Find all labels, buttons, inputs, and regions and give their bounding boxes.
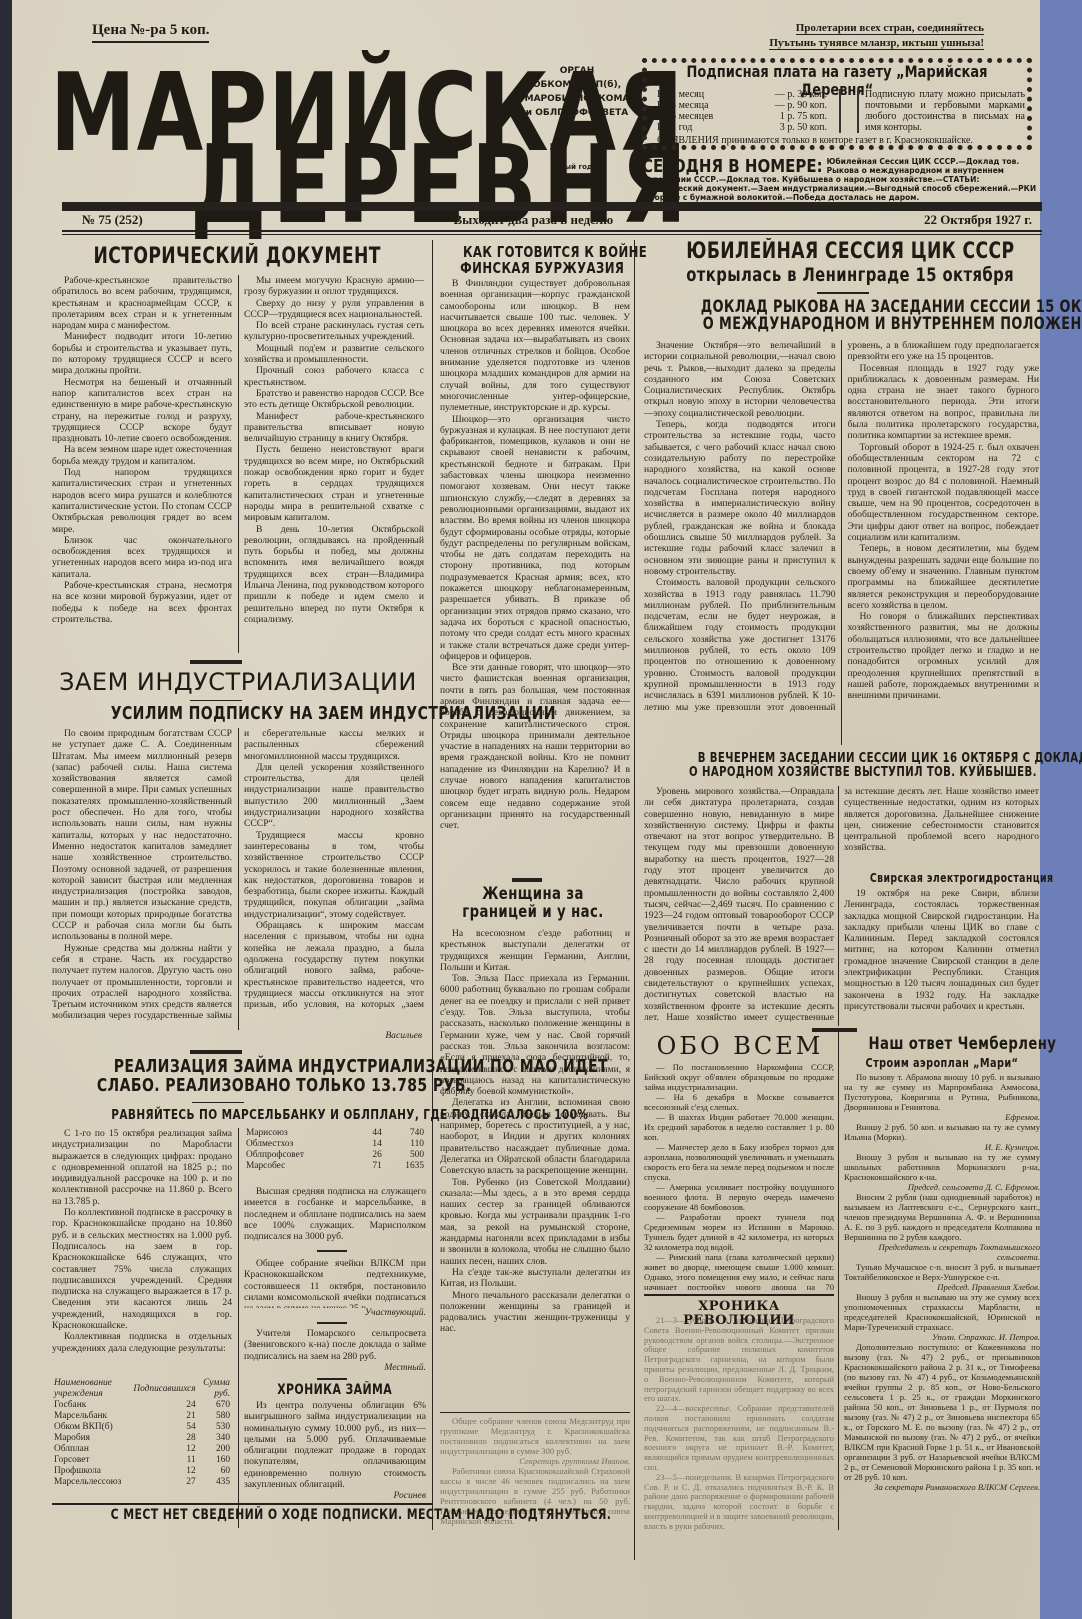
publisher-organ: ОРГАН ОБКОМА ВКП(б), МАРОБИСПОЛКОМА и ОБ… (524, 64, 630, 120)
paragraph: По вызову т. Абрамова вношу 10 руб. и вы… (844, 1072, 1040, 1112)
table-row: Марисоюз44740 (244, 1128, 426, 1139)
paragraph: Трудящиеся массы кровно заинтересованы в… (244, 830, 424, 920)
divider (192, 1102, 244, 1103)
loan-table-continued: Марисоюз44740Облместхоз14110Облпрофсовет… (244, 1128, 426, 1186)
rate-row: На 6 месяцев1 р. 75 коп. (657, 111, 827, 122)
paragraph: Вношу 2 руб. 50 коп. и вызываю на ту же … (844, 1122, 1040, 1142)
paragraph: — По постановлению Наркомфина СССР, Бийс… (644, 1062, 834, 1092)
revolution-chronicle-body: 21—3—суббота. В заседании Петроградского… (644, 1316, 834, 1536)
paragraph: Но говоря о ближайших перспективах хозяй… (848, 611, 1040, 701)
women-notes: Общее собрание членов союза Медсантруд п… (440, 1416, 630, 1536)
women-body: На всесоюзном с'езде работниц и крестьян… (440, 928, 630, 1413)
subscription-note: Подписную плату можно присылать почтовым… (865, 89, 1025, 133)
paragraph: На с'езде так-же выступали делегатки из … (440, 1267, 630, 1290)
dateline: № 75 (252) Выходит два раза в неделю 22 … (82, 212, 1032, 228)
today-in-issue: СЕГОДНЯ В НОМЕРЕ: Юбилейная Сессия ЦИК С… (642, 157, 1042, 202)
paragraph: Сверху до низу у руля управления в СССР—… (244, 298, 424, 321)
paragraph: — Манчестер дело в Бакy изобрел тормоз д… (644, 1142, 834, 1182)
table-row: Профшкола1260 (52, 1466, 232, 1477)
issue-date: 22 Октября 1927 г. (924, 212, 1032, 228)
realization-subtitle: РАВНЯЙТЕСЬ ПО МАРСЕЛЬБАНКУ И ОБЛПЛАНУ, Г… (44, 1108, 434, 1122)
paragraph: По всей стране раскинулась густая сеть к… (244, 320, 424, 343)
paragraph: С 1-го по 15 октября реализация займа ин… (52, 1128, 232, 1207)
column-rule (238, 1128, 239, 1528)
dateline-rule-2 (62, 234, 1042, 235)
article-historic-body: Рабоче-крестьянское правительство обрати… (52, 275, 424, 653)
paragraph: Председ. сельсовета Д. С. Ефремов. (844, 1182, 1040, 1192)
paragraph: Председ. Правления Хлебов. (844, 1282, 1040, 1292)
rykov-report-title: ДОКЛАД РЫКОВА НА ЗАСЕДАНИИ СЕССИИ 15 ОКТ… (640, 298, 1040, 333)
paragraph: Туньяо Мучашское с-п. вносит 3 руб. и вы… (844, 1262, 1040, 1282)
paragraph: — Америка усиливает постройку воздушного… (644, 1182, 834, 1212)
ads-note: ОБ'ЯВЛЕНИЯ принимаются только в конторе … (657, 135, 973, 146)
paragraph: — В шахтах Индии работает 70.000 женщин.… (644, 1112, 834, 1142)
loan-chronicle-signature: Росинев (244, 1490, 426, 1501)
table-row: Горсовет11160 (52, 1455, 232, 1466)
kuibyshev-body-2: за истекшие десять лет. Наше хозяйство и… (844, 786, 1039, 876)
loan-chronicle-title: ХРОНИКА ЗАЙМА (244, 1383, 426, 1398)
paragraph: За секретаря Романовского ВЛКСМ Сергеев. (844, 1482, 1040, 1492)
paragraph: Шюцкор—это организация чисто буржуазная … (440, 414, 630, 663)
paragraph: И. Е. Кузнецов. (844, 1142, 1040, 1152)
paragraph: Председатель и секретарь Токтамышского с… (844, 1242, 1040, 1262)
loan-body: По своим природным богатствам СССР не ус… (52, 728, 424, 1030)
table-row: Облплан12200 (52, 1444, 232, 1455)
divider (317, 1378, 347, 1380)
divider (512, 878, 542, 882)
paragraph: Несмотря на бешеный и отчаянный напор ка… (52, 377, 232, 445)
finland-title: КАК ГОТОВИТСЯ К ВОЙНЕ ФИНСКАЯ БУРЖУАЗИЯ (437, 245, 629, 277)
paragraph: 22—4—воскресенье. Собрание представителе… (644, 1404, 834, 1473)
paragraph: Высшая средняя подписка на служащего име… (244, 1186, 426, 1242)
paragraph: за истекшие десять лет. Наше хозяйство и… (844, 786, 1039, 854)
dateline-rule (62, 230, 1042, 232)
paragraph: Посевная площадь в 1927 году уже приближ… (848, 363, 1040, 442)
realization-body: С 1-го по 15 октября реализация займа ин… (52, 1128, 232, 1378)
session-title: ЮБИЛЕЙНАЯ СЕССИЯ ЦИК СССР (640, 240, 1040, 263)
paragraph: Работники союза Краснококшайской Страхов… (440, 1466, 630, 1526)
realization-title: РЕАЛИЗАЦИЯ ЗАЙМА ИНДУСТРИАЛИЗАЦИИ ПО МАО… (44, 1058, 434, 1096)
table-header: Наименование учрежденияПодписавшихсяСумм… (52, 1378, 232, 1400)
article-title-historic: ИСТОРИЧЕСКИЙ ДОКУМЕНТ (52, 245, 422, 268)
paragraph: Общее собрание членов союза Медсантруд п… (440, 1416, 630, 1456)
column-rule (634, 240, 635, 1560)
about-all-title: ОБО ВСЕМ (640, 1034, 840, 1059)
paragraph: 21—3—суббота. В заседании Петроградского… (644, 1316, 834, 1404)
session-subtitle: открылась в Ленинграде 15 октября (640, 266, 1040, 286)
table-row: Марсельбанк21580 (52, 1411, 232, 1422)
paragraph: Секретарь группкома Иванов. (440, 1456, 630, 1466)
slogan-russian: Пролетарии всех стран, соединяйтесь (796, 22, 984, 35)
paragraph: На всем земном шаре идет ожесточенная бо… (52, 444, 232, 467)
paragraph: 23—5—понедельник. В казармах Петроградск… (644, 1473, 834, 1532)
divider (644, 1294, 834, 1296)
paragraph: Дополнительно поступило: от Кожевникова … (844, 1342, 1040, 1482)
paragraph: Рабоче-крестьянское правительство обрати… (52, 275, 232, 331)
kuibyshev-title: В ВЕЧЕРНЕМ ЗАСЕДАНИИ СЕССИИ ЦИК 16 ОКТЯБ… (640, 752, 1040, 779)
divider (317, 1250, 347, 1252)
paragraph: Теперь, в новом десятилетии, мы будем вы… (848, 543, 1040, 611)
paragraph: Тов. Рубенко (из Советской Молдавии) ска… (440, 1177, 630, 1267)
paragraph: Теперь, когда подводятся итоги строитель… (644, 419, 836, 577)
paragraph: — Разработан проект туннеля под Средизем… (644, 1212, 834, 1252)
paragraph: Делегатка из Англии, вспоминая свою роди… (440, 1097, 630, 1176)
paragraph: Мы имеем могучую Красную армию—грозу бур… (244, 275, 424, 298)
table-row: Облпрофсовет26500 (244, 1150, 426, 1161)
chamberlain-subtitle: Строим аэроплан „Мари“ (842, 1056, 1042, 1069)
loan-chronicle-body: Из центра получены облигации 6% выигрышн… (244, 1400, 426, 1500)
divider (440, 1412, 630, 1413)
paragraph: — Римский папа (глава католической церкв… (644, 1252, 834, 1290)
divider (190, 700, 242, 701)
svir-title: Свирская электрогидростанция (844, 872, 1039, 885)
rate-row: На 1 месяц— р. 30 коп. (657, 89, 827, 100)
paragraph: Ефремов. (844, 1112, 1040, 1122)
paragraph: Рабоче-крестьянская страна, несмотря на … (52, 580, 232, 625)
table-row: Марсельлессоюз27435 (52, 1477, 232, 1488)
chamberlain-title: Наш ответ Чемберлену (842, 1036, 1042, 1054)
paragraph: Уровень мирового хозяйства.—Оправдала ли… (644, 786, 834, 1024)
publication-year: пятый год издания. (532, 162, 612, 184)
note-teachers-signature: Местный. (244, 1362, 426, 1373)
loan-signature: Васильев (332, 1030, 422, 1041)
paragraph: Вношу 3 рубля и вызываю на эту же сумму … (844, 1292, 1040, 1332)
realization-body-2: Высшая средняя подписка на служащего име… (244, 1186, 426, 1242)
paragraph: Вношу 3 рубля и вызываю на ту же сумму ш… (844, 1152, 1040, 1182)
paragraph: Торговый оборот в 1924-25 г. был охвачен… (848, 442, 1040, 544)
paragraph: Уполн. Страхкас. И. Петров. (844, 1332, 1040, 1342)
masthead-rule (62, 202, 1042, 211)
paragraph: В день 10-летия Октябрьской революции, о… (244, 524, 424, 626)
paragraph: Вносим 2 рубля (наш однодневный заработо… (844, 1192, 1040, 1242)
paragraph: Братство и равенство народов СССР. Все э… (244, 388, 424, 411)
table-row: Облместхоз14110 (244, 1139, 426, 1150)
subscription-box: Подписная плата на газету „Марийская Дер… (642, 58, 1032, 150)
paragraph: Манифест подводит итоги 10-летию борьбы … (52, 331, 232, 376)
women-title: Женщина за границей и у нас. (437, 886, 629, 922)
paragraph: Для целей ускорения хозяйственного строи… (244, 762, 424, 830)
paragraph: Коллективная подписка в отдельных учрежд… (52, 1331, 232, 1354)
table-row: Обком ВКП(б)54530 (52, 1422, 232, 1433)
chamberlain-body: По вызову т. Абрамова вношу 10 руб. и вы… (844, 1072, 1040, 1542)
paragraph: — На 6 декабря в Москве созывается всесо… (644, 1092, 834, 1112)
subscription-rates: На 1 месяц— р. 30 коп. На 3 месяца— р. 9… (657, 89, 827, 133)
svir-body: 19 октября на реке Свири, вблизи Ленингр… (844, 888, 1039, 1024)
slogan-mari: Пуътынь тунявсе мланзр, иктыш ушныза! (769, 37, 984, 50)
rykov-report-body: Значение Октября—это величайший в истори… (644, 340, 1039, 745)
issue-price: Цена №-ра 5 коп. (92, 22, 209, 43)
paragraph: Прочный союз рабочего класса с крестьянс… (244, 365, 424, 388)
loan-banner: ЗАЕМ ИНДУСТРИАЛИЗАЦИИ (52, 670, 424, 695)
column-rule (432, 240, 433, 1530)
issue-number: № 75 (252) (82, 212, 143, 228)
kuibyshev-body: Уровень мирового хозяйства.—Оправдала ли… (644, 786, 834, 1024)
divider (52, 1503, 432, 1505)
newspaper-page: Цена №-ра 5 коп. МАРИЙСКАЯ ДЕРЕВНЯ ОРГАН… (12, 0, 1040, 1619)
publication-frequency: Выходит два раза в неделю (454, 212, 614, 228)
table-row: Марсобес711635 (244, 1161, 426, 1172)
note-teachers: Учителя Помарского сельпросвета (Звениго… (244, 1328, 426, 1364)
paragraph: Под напором трудящихся капиталистических… (52, 467, 232, 535)
note-vlksm: Общее собрание ячейки ВЛКСМ при Красноко… (244, 1258, 426, 1308)
paragraph: Мощный под'ем и развитие сельского хозяй… (244, 343, 424, 366)
finland-body: В Финляндии существует добровольная воен… (440, 278, 630, 908)
loan-title: УСИЛИМ ПОДПИСКУ НА ЗАЕМ ИНДУСТРИАЛИЗАЦИИ (48, 705, 428, 724)
divider (190, 1050, 242, 1054)
note-vlksm-signature: Участвующий. (244, 1307, 426, 1318)
divider (317, 1322, 347, 1324)
paragraph: По своим природным богатствам СССР не ус… (52, 728, 232, 943)
paragraph: Все эти данные говорят, что шюцкор—это ч… (440, 662, 630, 831)
rate-row: На 3 месяца— р. 90 коп. (657, 100, 827, 111)
paragraph: Тов. Эльза Пасс приехала из Германии. 60… (440, 973, 630, 1097)
ornament-divider (839, 89, 859, 133)
column-rule (838, 786, 839, 1026)
paragraph: Близок час окончательного освобождения в… (52, 535, 232, 580)
paragraph: По коллективной подписке в рассрочку в г… (52, 1207, 232, 1331)
paragraph: Манифест рабоче-крестьянского правительс… (244, 411, 424, 445)
rate-row: На 1 год3 р. 50 коп. (657, 122, 827, 133)
divider (817, 292, 869, 294)
footer-banner: С МЕСТ НЕТ СВЕДЕНИЙ О ХОДЕ ПОДПИСКИ. МЕС… (40, 1508, 440, 1523)
paragraph: На всесоюзном с'езде работниц и крестьян… (440, 928, 630, 973)
divider (190, 660, 242, 664)
today-label: СЕГОДНЯ В НОМЕРЕ: (642, 155, 823, 177)
paragraph: Пусть бешено неистовствуют враги трудящи… (244, 444, 424, 523)
paragraph: В Финляндии существует добровольная воен… (440, 278, 630, 414)
column-rule (838, 1030, 839, 1530)
table-row: Маробия28340 (52, 1433, 232, 1444)
paragraph: Значение Октября—это величайший в истори… (644, 340, 836, 419)
paragraph: Много печального рассказали делегатки о … (440, 1290, 630, 1335)
about-all-body: — По постановлению Наркомфина СССР, Бийс… (644, 1062, 834, 1290)
table-row: Госбанк24670 (52, 1400, 232, 1411)
